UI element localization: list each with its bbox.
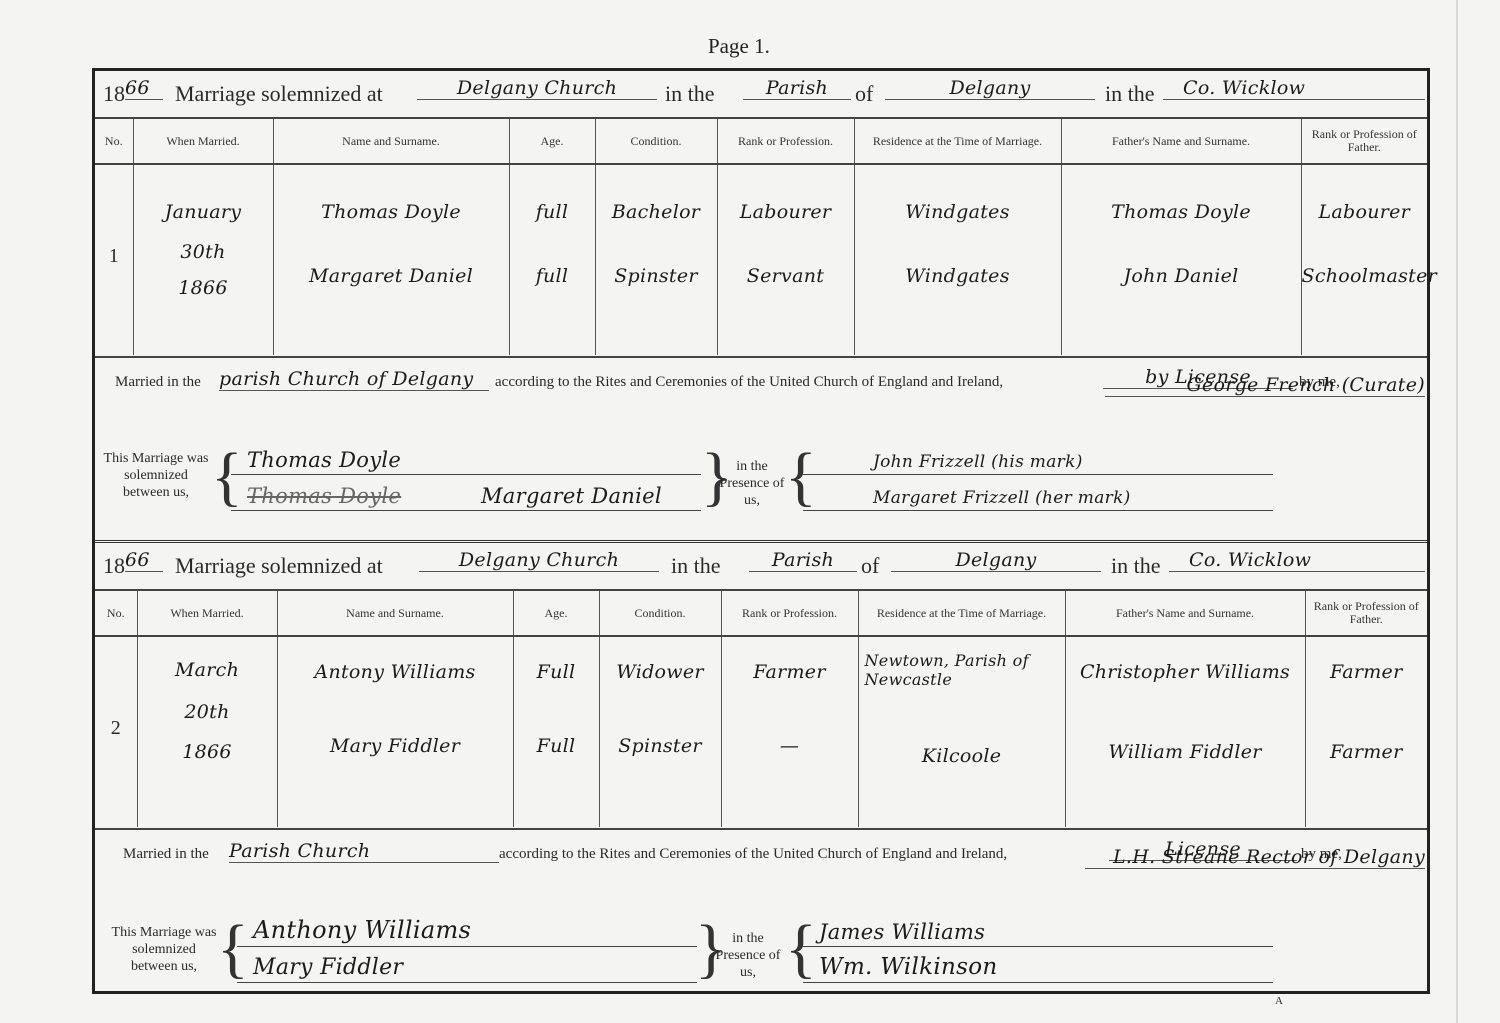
marriage-register: 18 66 Marriage solemnized at Delgany Chu… xyxy=(92,68,1430,994)
officiant-signature: L.H. Streane Rector of Delgany xyxy=(1085,846,1425,869)
parish-name: Delgany xyxy=(891,549,1101,572)
county-name: Co. Wicklow xyxy=(1169,549,1425,572)
entry-table: No. When Married. Name and Surname. Age.… xyxy=(95,591,1427,827)
groom-condition: Bachelor xyxy=(596,201,717,223)
col-rank: Rank or Profession. xyxy=(717,119,854,164)
groom-age: Full xyxy=(514,661,599,683)
marriage-entry-1: 18 66 Marriage solemnized at Delgany Chu… xyxy=(95,71,1427,531)
col-age: Age. xyxy=(513,591,599,636)
marriage-entry-2: 18 66 Marriage solemnized at Delgany Chu… xyxy=(95,540,1427,994)
groom-name: Antony Williams xyxy=(278,661,513,683)
page-edge-shadow xyxy=(1456,0,1458,1023)
county-name: Co. Wicklow xyxy=(1163,77,1425,100)
in-presence-label: in the Presence of us, xyxy=(713,930,783,981)
witness-1-line: James Williams xyxy=(803,918,1273,947)
groom-signature: Anthony Williams xyxy=(253,916,471,944)
signature-block: This Marriage was solemnized between us,… xyxy=(95,908,1427,998)
col-father-name: Father's Name and Surname. xyxy=(1061,119,1301,164)
groom-residence: Windgates xyxy=(855,201,1061,223)
col-residence: Residence at the Time of Marriage. xyxy=(854,119,1061,164)
groom-age: full xyxy=(510,201,595,223)
bride-father-name: William Fiddler xyxy=(1066,741,1305,763)
church-name: Delgany Church xyxy=(419,549,659,572)
bride-condition: Spinster xyxy=(596,265,717,287)
entry-title-line: 18 66 Marriage solemnized at Delgany Chu… xyxy=(95,71,1427,119)
year-prefix: 18 xyxy=(103,81,125,107)
col-residence: Residence at the Time of Marriage. xyxy=(858,591,1065,636)
groom-father-rank: Labourer xyxy=(1302,201,1428,223)
bride-age: Full xyxy=(514,735,599,757)
bride-signature: Margaret Daniel xyxy=(481,484,662,508)
witness-1-signature: James Williams xyxy=(819,920,985,944)
married-in-place: Parish Church xyxy=(229,840,499,863)
parish-name: Delgany xyxy=(885,77,1095,100)
col-father-rank: Rank or Profession of Father. xyxy=(1301,119,1427,164)
groom-signature-line: Thomas Doyle xyxy=(231,446,701,475)
col-condition: Condition. xyxy=(595,119,717,164)
groom-father-name: Christopher Williams xyxy=(1066,661,1305,683)
witness-2-line: Wm. Wilkinson xyxy=(803,954,1273,983)
bride-residence: Windgates xyxy=(855,265,1061,287)
page-number: Page 1. xyxy=(708,34,770,59)
of-label: of xyxy=(861,553,879,579)
in-the-label: in the xyxy=(671,553,721,579)
col-rank: Rank or Profession. xyxy=(721,591,858,636)
bride-father-name: John Daniel xyxy=(1062,265,1301,287)
col-when-married: When Married. xyxy=(133,119,273,164)
table-row: 2 March 20th 1866 Antony Williams Mary F… xyxy=(95,636,1427,827)
when-married-cell: January 30th 1866 xyxy=(133,164,273,355)
bride-age: full xyxy=(510,265,595,287)
when-married-cell: March 20th 1866 xyxy=(137,636,277,827)
bride-residence: Kilcoole xyxy=(859,745,1065,767)
footer-mark: A xyxy=(1275,995,1283,1007)
year-prefix: 18 xyxy=(103,553,125,579)
this-marriage-label: This Marriage was solemnized between us, xyxy=(109,924,219,975)
bride-rank: — xyxy=(722,735,858,757)
entry-title-line: 18 66 Marriage solemnized at Delgany Chu… xyxy=(95,543,1427,591)
year-suffix: 66 xyxy=(125,549,163,572)
entry-number: 1 xyxy=(95,245,133,268)
col-when-married: When Married. xyxy=(137,591,277,636)
table-row: 1 January 30th 1866 Thomas Doyle Margare… xyxy=(95,164,1427,355)
col-name: Name and Surname. xyxy=(277,591,513,636)
bride-signature: Mary Fiddler xyxy=(253,955,403,980)
col-condition: Condition. xyxy=(599,591,721,636)
bride-father-rank: Farmer xyxy=(1306,741,1428,763)
col-age: Age. xyxy=(509,119,595,164)
witness-1-signature: John Frizzell (his mark) xyxy=(873,452,1083,472)
col-father-rank: Rank or Profession of Father. xyxy=(1305,591,1427,636)
signature-block: This Marriage was solemnized between us,… xyxy=(95,436,1427,526)
groom-signature-line: Anthony Williams xyxy=(237,918,697,947)
bride-condition: Spinster xyxy=(600,735,721,757)
in-the-label: in the xyxy=(665,81,715,107)
married-in-line: Married in the Parish Church according t… xyxy=(95,828,1427,870)
groom-condition: Widower xyxy=(600,661,721,683)
married-in-line: Married in the parish Church of Delgany … xyxy=(95,356,1427,398)
groom-father-rank: Farmer xyxy=(1306,661,1428,683)
church-name: Delgany Church xyxy=(417,77,657,100)
groom-father-name: Thomas Doyle xyxy=(1062,201,1301,223)
groom-rank: Farmer xyxy=(722,661,858,683)
entry-number: 2 xyxy=(95,717,137,740)
officiant-signature: George French (Curate) xyxy=(1105,374,1425,397)
year-suffix: 66 xyxy=(125,77,163,100)
solemnized-label: Marriage solemnized at xyxy=(175,81,383,107)
groom-signature: Thomas Doyle xyxy=(247,448,401,472)
married-in-label: Married in the xyxy=(115,374,201,391)
bride-father-rank: Schoolmaster xyxy=(1302,265,1428,287)
groom-rank: Labourer xyxy=(718,201,854,223)
bride-name: Mary Fiddler xyxy=(278,735,513,757)
county-in-the-label: in the xyxy=(1111,553,1161,579)
solemnized-label: Marriage solemnized at xyxy=(175,553,383,579)
witness-2-line: Margaret Frizzell (her mark) xyxy=(803,482,1273,511)
rites-text: according to the Rites and Ceremonies of… xyxy=(495,374,1003,391)
struck-signature: Thomas Doyle xyxy=(247,484,401,508)
witness-2-signature: Margaret Frizzell (her mark) xyxy=(873,488,1131,508)
witness-1-line: John Frizzell (his mark) xyxy=(803,446,1273,475)
parish-label: Parish xyxy=(743,77,851,100)
bride-signature-line: Thomas Doyle Margaret Daniel xyxy=(231,482,701,511)
rites-text: according to the Rites and Ceremonies of… xyxy=(499,846,1007,863)
bride-signature-line: Mary Fiddler xyxy=(237,954,697,983)
witness-2-signature: Wm. Wilkinson xyxy=(819,954,998,980)
col-father-name: Father's Name and Surname. xyxy=(1065,591,1305,636)
entry-table: No. When Married. Name and Surname. Age.… xyxy=(95,119,1427,355)
married-in-place: parish Church of Delgany xyxy=(219,368,489,391)
col-name: Name and Surname. xyxy=(273,119,509,164)
col-no: No. xyxy=(95,591,137,636)
parish-label: Parish xyxy=(749,549,857,572)
bride-rank: Servant xyxy=(718,265,854,287)
groom-residence: Newtown, Parish of Newcastle xyxy=(859,651,1065,689)
married-in-label: Married in the xyxy=(123,846,209,863)
bride-name: Margaret Daniel xyxy=(274,265,509,287)
this-marriage-label: This Marriage was solemnized between us, xyxy=(101,450,211,501)
col-no: No. xyxy=(95,119,133,164)
county-in-the-label: in the xyxy=(1105,81,1155,107)
groom-name: Thomas Doyle xyxy=(274,201,509,223)
of-label: of xyxy=(855,81,873,107)
in-presence-label: in the Presence of us, xyxy=(717,458,787,509)
